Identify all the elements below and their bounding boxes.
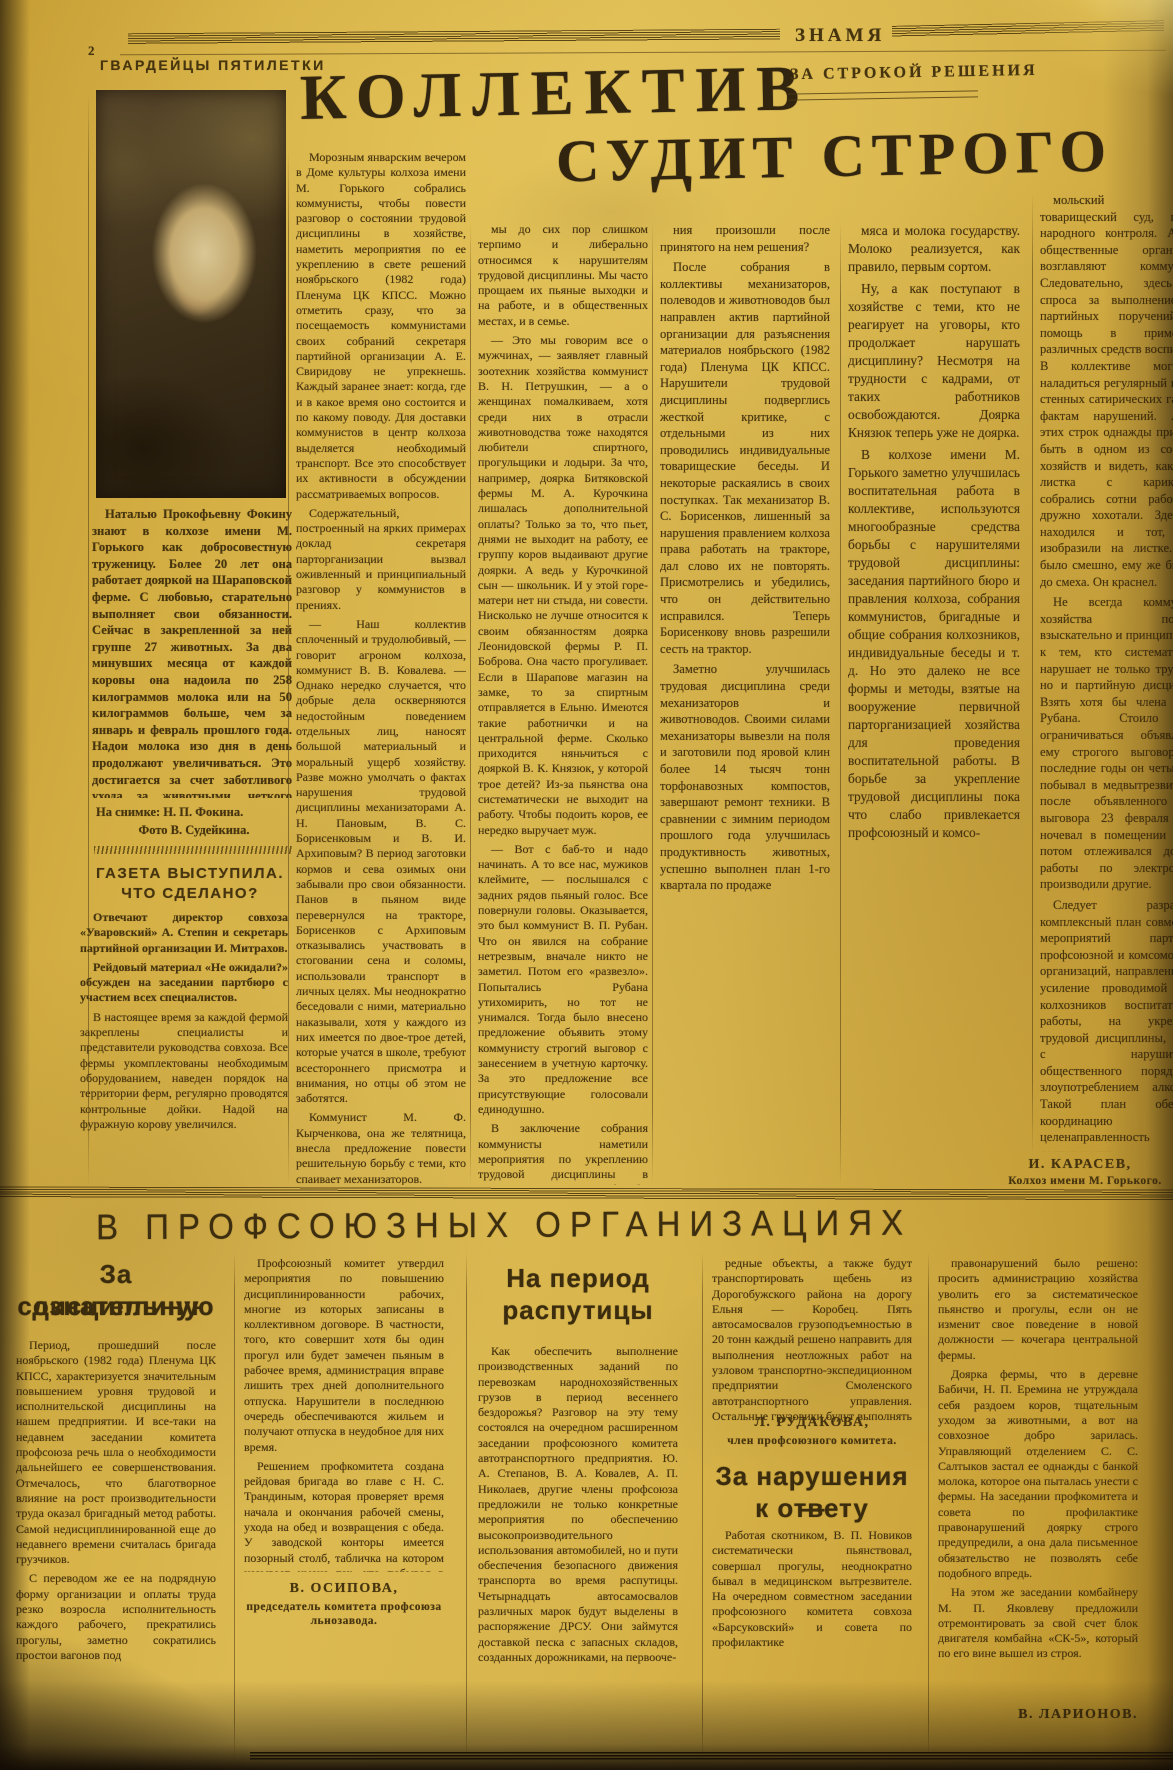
bottom-rule-3 bbox=[702, 1252, 703, 1760]
photo-caption: Наталью Прокофьевну Фокину знают в колхо… bbox=[92, 506, 292, 798]
article5-cont-byline: В. ЛАРИОНОВ. bbox=[938, 1706, 1138, 1724]
article3-text: Как обеспечить выполнение производственн… bbox=[478, 1344, 678, 1760]
article5-cont-text: правонарушений было решено: просить адми… bbox=[938, 1256, 1138, 1696]
squiggle-divider bbox=[94, 846, 292, 854]
article1-text: Период, прошедший после ноябрьского (198… bbox=[16, 1338, 216, 1758]
article1-title-line2: дисциплину bbox=[14, 1290, 218, 1322]
photo-credit-line2: Фото В. Судейкина. bbox=[96, 822, 292, 838]
newspaper-scan: 2 ЗНАМЯ ГВАРДЕЙЦЫ ПЯТИЛЕТКИ КОЛЛЕКТИВ СУ… bbox=[0, 0, 1173, 1770]
bottom-rule-4 bbox=[928, 1252, 929, 1760]
col-rule-3 bbox=[652, 222, 653, 1185]
article4-text: редные объекты, а также будут транспорти… bbox=[712, 1256, 912, 1422]
col-rule-2 bbox=[470, 222, 471, 1185]
bottom-rule-2 bbox=[466, 1252, 467, 1760]
bottom-rule-1 bbox=[234, 1252, 235, 1760]
article3-title-line2: распутицы bbox=[476, 1294, 680, 1326]
lead-col-3: ния произошли после принятого на нем реш… bbox=[660, 222, 830, 1185]
photo-fokina bbox=[96, 90, 286, 498]
article4-byline: Л. РУДАКОВА, bbox=[712, 1414, 912, 1432]
lead-headline-line1: КОЛЛЕКТИВ bbox=[299, 51, 810, 135]
article2-byline: В. ОСИПОВА, bbox=[244, 1580, 444, 1598]
gazeta-title-line2: ЧТО СДЕЛАНО? bbox=[84, 884, 296, 904]
page-number: 2 bbox=[88, 44, 95, 57]
lead-col-2: мы до сих пор слишком терпимо и либераль… bbox=[478, 222, 648, 1185]
col-rule-5 bbox=[1032, 192, 1033, 1155]
article3-title-line1: На период bbox=[476, 1262, 680, 1294]
kicker-guards: ГВАРДЕЙЦЫ ПЯТИЛЕТКИ bbox=[100, 58, 326, 73]
photo-credit-line1: На снимке: Н. П. Фокина. bbox=[96, 804, 292, 820]
gazeta-title-line1: ГАЗЕТА ВЫСТУПИЛА. bbox=[84, 864, 296, 884]
article5-text: Работая скотником, В. П. Новиков система… bbox=[712, 1528, 912, 1758]
lead-headline-line2: СУДИТ СТРОГО bbox=[555, 117, 1113, 197]
masthead-title: ЗНАМЯ bbox=[795, 26, 885, 45]
gazeta-text: Отвечают директор совхоза «Уваровский» А… bbox=[80, 910, 288, 1185]
col-rule-4 bbox=[840, 222, 841, 1185]
lead-byline-org: Колхоз имени М. Горького. bbox=[985, 1174, 1173, 1188]
lead-col-5: мольский актив, товарищеский суд, группы… bbox=[1040, 192, 1173, 1152]
article5-title-line2: к ответу bbox=[710, 1492, 914, 1524]
article4-byline-role: член профсоюзного комитета. bbox=[712, 1434, 912, 1448]
union-section-title: В ПРОФСОЮЗНЫХ ОРГАНИЗАЦИЯХ bbox=[96, 1204, 912, 1244]
lead-col-1: Морозным январским вечером в Доме культу… bbox=[296, 150, 466, 1185]
lead-byline: И. КАРАСЕВ, bbox=[990, 1156, 1170, 1174]
lead-col-4: мяса и молока государству. Молоко реализ… bbox=[848, 222, 1020, 1185]
bottom-edge-rules bbox=[250, 1752, 1173, 1760]
article2-text: Профсоюзный комитет утвердил мероприятия… bbox=[244, 1256, 444, 1572]
article2-byline-role: председатель комитета профсоюза льнозаво… bbox=[244, 1600, 444, 1628]
